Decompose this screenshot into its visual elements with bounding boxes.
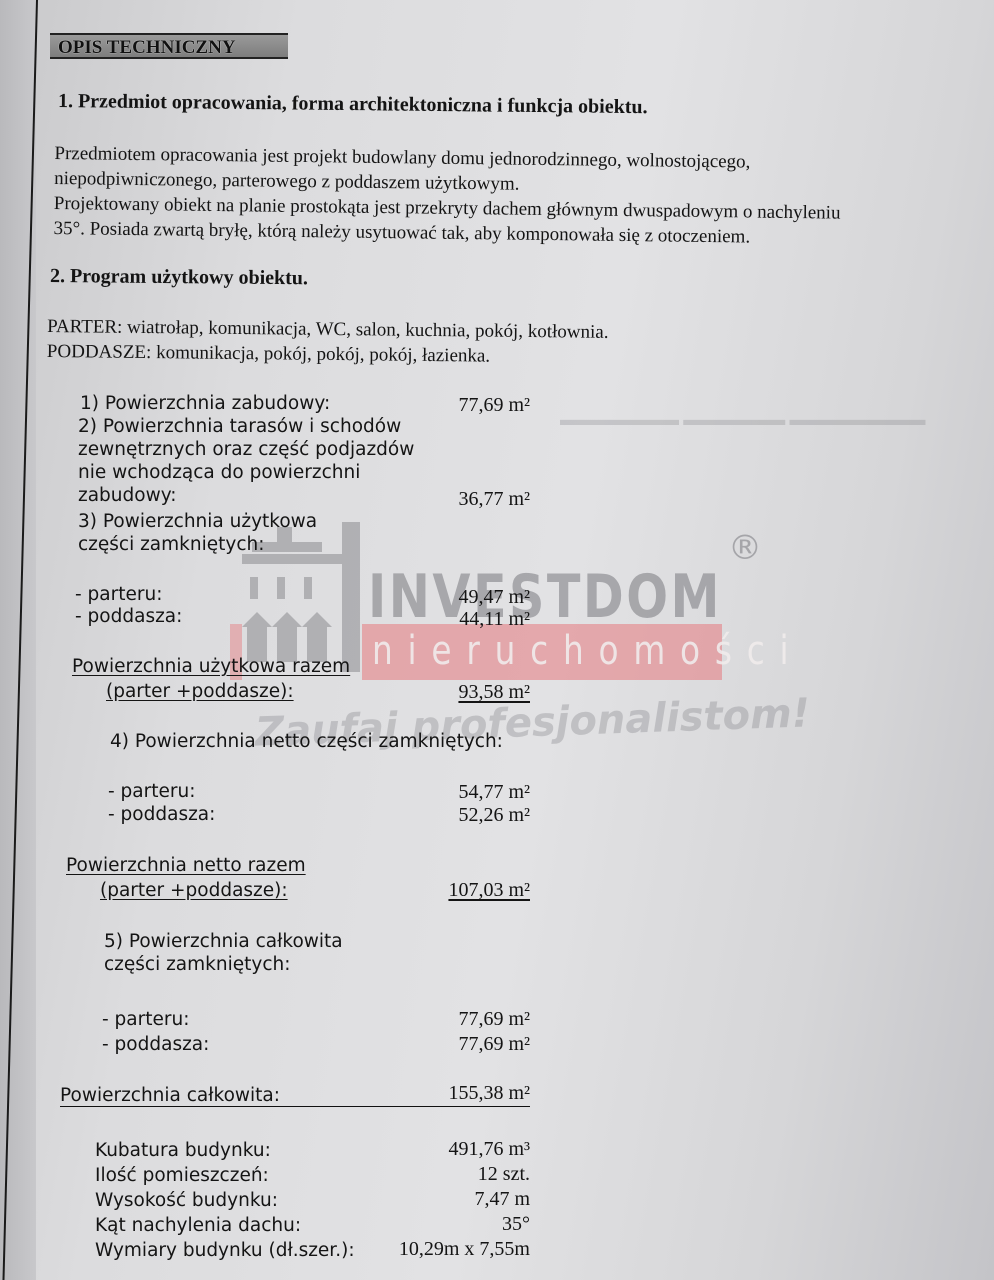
bleed-through-text: ▬▬▬▬▬▬▬ ▬▬▬▬▬▬ ▬▬▬▬▬▬▬▬ [560, 410, 926, 430]
summary-label: Kąt nachylenia dachu: [95, 1213, 355, 1238]
section-1-text: Przedmiotem opracowania jest projekt bud… [53, 141, 841, 251]
area-item-5-poddasze-value: 77,69 m² [430, 1033, 530, 1056]
summary-value: 7,47 m [380, 1187, 530, 1212]
total-gross-label: Powierzchnia całkowita: [60, 1084, 280, 1107]
text-line: zabudowy: [78, 484, 414, 507]
total-net-line-2: (parter +poddasze): [100, 879, 288, 902]
area-item-3-parter-label: - parteru: [75, 583, 162, 606]
summary-value: 491,76 m³ [380, 1137, 530, 1162]
text-line: 3) Powierzchnia użytkowa [78, 510, 317, 533]
area-item-4-parter-label: - parteru: [108, 780, 195, 803]
summary-label: Ilość pomieszczeń: [95, 1163, 355, 1188]
area-item-4-poddasze-label: - poddasza: [108, 803, 215, 826]
area-item-3-label: 3) Powierzchnia użytkowa części zamknięt… [78, 510, 317, 556]
total-gross-underline [60, 1106, 530, 1107]
registered-mark-icon: ® [728, 528, 762, 568]
summary-labels: Kubatura budynku: Ilość pomieszczeń: Wys… [95, 1138, 355, 1263]
area-item-1-label: 1) Powierzchnia zabudowy: [80, 392, 330, 415]
summary-value: 10,29m x 7,55m [380, 1237, 530, 1262]
text-line: nie wchodząca do powierzchni [78, 461, 414, 484]
area-item-4-poddasze-value: 52,26 m² [430, 804, 530, 827]
section-2-heading: 2. Program użytkowy obiektu. [50, 265, 308, 290]
area-item-3-poddasze-label: - poddasza: [75, 605, 182, 628]
area-item-5-label: 5) Powierzchnia całkowita części zamknię… [104, 930, 343, 976]
total-usable-value: 93,58 m² [430, 681, 530, 704]
summary-label: Wysokość budynku: [95, 1188, 355, 1213]
total-net-value: 107,03 m² [410, 879, 530, 902]
watermark-subtitle: nieruchomości [372, 628, 803, 674]
text-line: części zamkniętych: [78, 533, 317, 556]
section-1-heading: 1. Przedmiot opracowania, forma architek… [58, 90, 648, 119]
area-item-5-parter-value: 77,69 m² [430, 1008, 530, 1031]
text-line: zewnętrznych oraz część podjazdów [78, 438, 414, 461]
document-title: OPIS TECHNICZNY [50, 33, 288, 59]
summary-label: Wymiary budynku (dł.szer.): [95, 1238, 355, 1263]
text-line: części zamkniętych: [104, 953, 343, 976]
area-item-2-label: 2) Powierzchnia tarasów i schodów zewnęt… [78, 415, 414, 507]
area-item-5-parter-label: - parteru: [102, 1008, 189, 1031]
area-item-3-poddasze-value: 44,11 m² [430, 608, 530, 631]
total-usable-line-1: Powierzchnia użytkowa razem [72, 655, 350, 678]
watermark-brand: INVESTDOM [368, 562, 722, 632]
area-item-5-poddasze-label: - poddasza: [102, 1033, 209, 1056]
summary-label: Kubatura budynku: [95, 1138, 355, 1163]
summary-value: 35° [380, 1212, 530, 1237]
total-gross-value: 155,38 m² [410, 1082, 530, 1105]
text-line: 2) Powierzchnia tarasów i schodów [78, 415, 414, 438]
area-item-2-value: 36,77 m² [430, 488, 530, 511]
area-item-3-parter-value: 49,47 m² [430, 586, 530, 609]
summary-values: 491,76 m³ 12 szt. 7,47 m 35° 10,29m x 7,… [380, 1137, 530, 1262]
total-net-line-1: Powierzchnia netto razem [66, 854, 306, 877]
summary-value: 12 szt. [380, 1162, 530, 1187]
area-item-1-value: 77,69 m² [430, 394, 530, 417]
total-usable-line-2: (parter +poddasze): [106, 680, 294, 703]
document-page: ▬▬▬▬▬▬▬ ▬▬▬▬▬▬ ▬▬▬▬▬▬▬▬ OPIS TECHNICZNY … [0, 0, 994, 1280]
text-line: 5) Powierzchnia całkowita [104, 930, 343, 953]
area-item-4-label: 4) Powierzchnia netto części zamkniętych… [110, 730, 503, 753]
section-2-text: PARTER: wiatrołap, komunikacja, WC, salo… [47, 314, 609, 370]
area-item-4-parter-value: 54,77 m² [430, 781, 530, 804]
